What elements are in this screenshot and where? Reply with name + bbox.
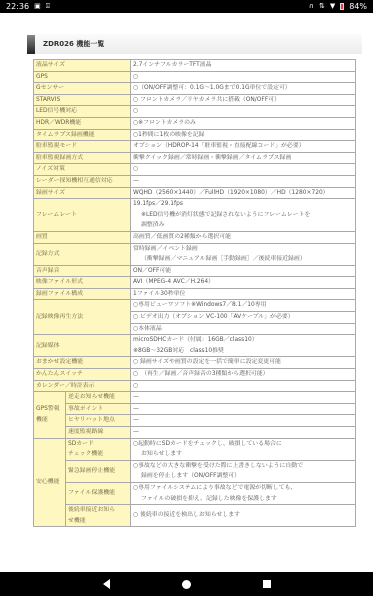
table-row: おまかせ設定機能○ 録画サイズや画質の設定を一括で簡単に設定変更可能 — [34, 357, 356, 369]
battery-icon — [340, 3, 344, 10]
row-label: かんたんスイッチ — [34, 369, 131, 381]
row-value: ○専用ファイルシステムにより事故などで電源が切断しても、ファイルの破損を抑え、記… — [131, 482, 356, 504]
table-row: GPS○ — [34, 71, 356, 83]
row-label: LED信号機対応 — [34, 106, 131, 118]
row-value: ○（ON/OFF調整可：0.1G〜1.0Gまで0.1G単位で設定可） — [131, 83, 356, 95]
table-row: フレームレート19.1fps／29.1fps※LED信号機が消灯状態で記録されな… — [34, 199, 356, 232]
table-row: 緊急録画停止機能○事故などの大きな衝撃を受けた際に上書きしないように自動で録画を… — [34, 460, 356, 482]
table-row: 録画サイズWQHD（2560×1440）／FullHD（1920×1080）／H… — [34, 187, 356, 199]
row-label: レーダー探知機相互通信対応 — [34, 175, 131, 187]
row-value: ○起動時にSDカードをチェックし、破損している場合にお知らせします — [131, 438, 356, 460]
table-row: ノイズ対策○ — [34, 164, 356, 176]
row-label: カレンダー／時計表示 — [34, 380, 131, 392]
row-value: — — [131, 403, 356, 415]
sub-label: 後続車接近お知らせ機能 — [66, 505, 131, 527]
row-label: タイムラプス録画機能 — [34, 129, 131, 141]
row-label: ノイズ対策 — [34, 164, 131, 176]
row-value: ○ フロントカメラ／リヤカメラ共に搭載（ON/OFF可） — [131, 94, 356, 106]
section-header: ZDR026 機能一覧 — [27, 34, 362, 54]
row-value: オプション（HDROP-14「駐車監視・直接配線コード」が必要） — [131, 141, 356, 153]
sub-label: 逆走お知らせ機能 — [66, 392, 131, 404]
row-label: 記録方式 — [34, 243, 131, 265]
table-row: HDR／WDR機能○※フロントカメラのみ — [34, 117, 356, 129]
table-row: 映像ファイル形式AVI（MPEG-4 AVC／H.264） — [34, 277, 356, 289]
row-value: WQHD（2560×1440）／FullHD（1920×1080）／HD（128… — [131, 187, 356, 199]
row-value: ○専用ビューワソフト※Windows7／8.1／10専用 — [131, 300, 356, 312]
spec-table: 液晶サイズ2.7インチフルカラーTFT液晶GPS○Gセンサー○（ON/OFF調整… — [33, 59, 356, 527]
row-value: 19.1fps／29.1fps※LED信号機が消灯状態で記録されないようにフレー… — [131, 199, 356, 232]
table-row: ヒヤリハット地点— — [34, 415, 356, 427]
row-label: 液晶サイズ — [34, 60, 131, 72]
table-row: 記録方式常時録画／イベント録画（衝撃録画／マニュアル録画［手動録画］／後続車接近… — [34, 243, 356, 265]
row-label: 記録映像再生方法 — [34, 300, 131, 335]
image-icon: ▣ — [34, 3, 41, 10]
row-value: ○ — [131, 71, 356, 83]
row-value: — — [131, 427, 356, 439]
table-row: LED信号機対応○ — [34, 106, 356, 118]
sub-label: SDカードチェック機能 — [66, 438, 131, 460]
group-label-safety: 安心機能 — [34, 438, 66, 527]
row-label: 映像ファイル形式 — [34, 277, 131, 289]
back-button[interactable] — [103, 579, 110, 589]
row-label: 駐車監視録画方式 — [34, 152, 131, 164]
row-label: Gセンサー — [34, 83, 131, 95]
row-value: ○※フロントカメラのみ — [131, 117, 356, 129]
row-label: HDR／WDR機能 — [34, 117, 131, 129]
table-row: STARVIS○ フロントカメラ／リヤカメラ共に搭載（ON/OFF可） — [34, 94, 356, 106]
table-row: 駐車監視録画方式衝撃クイック録画／常時録画・衝撃録画／タイムラプス録画 — [34, 152, 356, 164]
sub-label: 速度監視路線 — [66, 427, 131, 439]
row-value: 2.7インチフルカラーTFT液晶 — [131, 60, 356, 72]
table-row: カレンダー／時計表示○ — [34, 380, 356, 392]
row-label: 音声録音 — [34, 265, 131, 277]
row-label: フレームレート — [34, 199, 131, 232]
table-row: 記録映像再生方法○専用ビューワソフト※Windows7／8.1／10専用 — [34, 300, 356, 312]
sub-label: ヒヤリハット地点 — [66, 415, 131, 427]
row-value: ○1秒間に1枚の映像を記録 — [131, 129, 356, 141]
row-value: 衝撃クイック録画／常時録画・衝撃録画／タイムラプス録画 — [131, 152, 356, 164]
sub-label: 事故ポイント — [66, 403, 131, 415]
table-row: 事故ポイント— — [34, 403, 356, 415]
row-label: 録画ファイル構成 — [34, 288, 131, 300]
data-arrows-icon: ⇅ — [319, 3, 325, 10]
table-row: Gセンサー○（ON/OFF調整可：0.1G〜1.0Gまで0.1G単位で設定可） — [34, 83, 356, 95]
table-row: 駐車監視モードオプション（HDROP-14「駐車監視・直接配線コード」が必要） — [34, 141, 356, 153]
navigation-bar — [0, 572, 373, 596]
row-value: ○ 録画サイズや画質の設定を一括で簡単に設定変更可能 — [131, 357, 356, 369]
row-value: ○ 後続車の接近を検出しお知らせします — [131, 505, 356, 527]
page-title: ZDR026 機能一覧 — [43, 39, 104, 49]
row-value: — — [131, 175, 356, 187]
table-row: 安心機能SDカードチェック機能○起動時にSDカードをチェックし、破損している場合… — [34, 438, 356, 460]
download-done-icon: ⍗ — [46, 3, 50, 10]
table-row: GPS警報機能逆走お知らせ機能— — [34, 392, 356, 404]
clock: 22:36 — [6, 2, 29, 11]
row-label: 駐車監視モード — [34, 141, 131, 153]
row-value: ○本体液晶 — [131, 323, 356, 335]
row-label: 画質 — [34, 231, 131, 243]
status-bar: 22:36 ▣ ⍗ ∩ ⇅ ▼ 84% — [0, 0, 373, 13]
row-value: 高画質／低画質の2種類から選択可能 — [131, 231, 356, 243]
headset-icon: ∩ — [309, 3, 314, 10]
sub-label: 緊急録画停止機能 — [66, 460, 131, 482]
row-value: 1ファイル30秒単位 — [131, 288, 356, 300]
table-row: 速度監視路線— — [34, 427, 356, 439]
table-row: 録画ファイル構成1ファイル30秒単位 — [34, 288, 356, 300]
row-value: ○ — [131, 164, 356, 176]
home-button[interactable] — [182, 580, 191, 589]
header-accent-bar — [27, 35, 35, 54]
row-label: 録画サイズ — [34, 187, 131, 199]
row-value: ○事故などの大きな衝撃を受けた際に上書きしないように自動で録画を停止します（ON… — [131, 460, 356, 482]
wifi-icon: ▼ — [330, 3, 335, 10]
row-value: ○ — [131, 106, 356, 118]
table-row: 記録媒体microSDHCカード（付属：16GB／class10）※8GB〜32… — [34, 335, 356, 357]
row-value: AVI（MPEG-4 AVC／H.264） — [131, 277, 356, 289]
table-row: レーダー探知機相互通信対応— — [34, 175, 356, 187]
table-row: 液晶サイズ2.7インチフルカラーTFT液晶 — [34, 60, 356, 72]
row-label: 記録媒体 — [34, 335, 131, 357]
row-value: ○ （再生／録画／音声録音の3種類から選択可能） — [131, 369, 356, 381]
row-label: おまかせ設定機能 — [34, 357, 131, 369]
table-row: かんたんスイッチ○ （再生／録画／音声録音の3種類から選択可能） — [34, 369, 356, 381]
table-row: タイムラプス録画機能○1秒間に1枚の映像を記録 — [34, 129, 356, 141]
row-value: 常時録画／イベント録画（衝撃録画／マニュアル録画［手動録画］／後続車接近録画） — [131, 243, 356, 265]
row-value: — — [131, 415, 356, 427]
table-row: 音声録音ON／OFF可能 — [34, 265, 356, 277]
sub-label: ファイル保護機能 — [66, 482, 131, 504]
row-value: microSDHCカード（付属：16GB／class10）※8GB〜32GB対応… — [131, 335, 356, 357]
battery-level: 84% — [349, 2, 367, 11]
row-label: GPS — [34, 71, 131, 83]
recents-button[interactable] — [263, 580, 271, 588]
table-row: ファイル保護機能○専用ファイルシステムにより事故などで電源が切断しても、ファイル… — [34, 482, 356, 504]
row-value: ○ ビデオ出力（オプション VC-100「AVケーブル」が必要） — [131, 312, 356, 324]
table-row: 画質高画質／低画質の2種類から選択可能 — [34, 231, 356, 243]
row-value: ○ — [131, 380, 356, 392]
group-label-gps: GPS警報機能 — [34, 392, 66, 438]
row-value: ON／OFF可能 — [131, 265, 356, 277]
row-value: — — [131, 392, 356, 404]
row-label: STARVIS — [34, 94, 131, 106]
table-row: 後続車接近お知らせ機能○ 後続車の接近を検出しお知らせします — [34, 505, 356, 527]
